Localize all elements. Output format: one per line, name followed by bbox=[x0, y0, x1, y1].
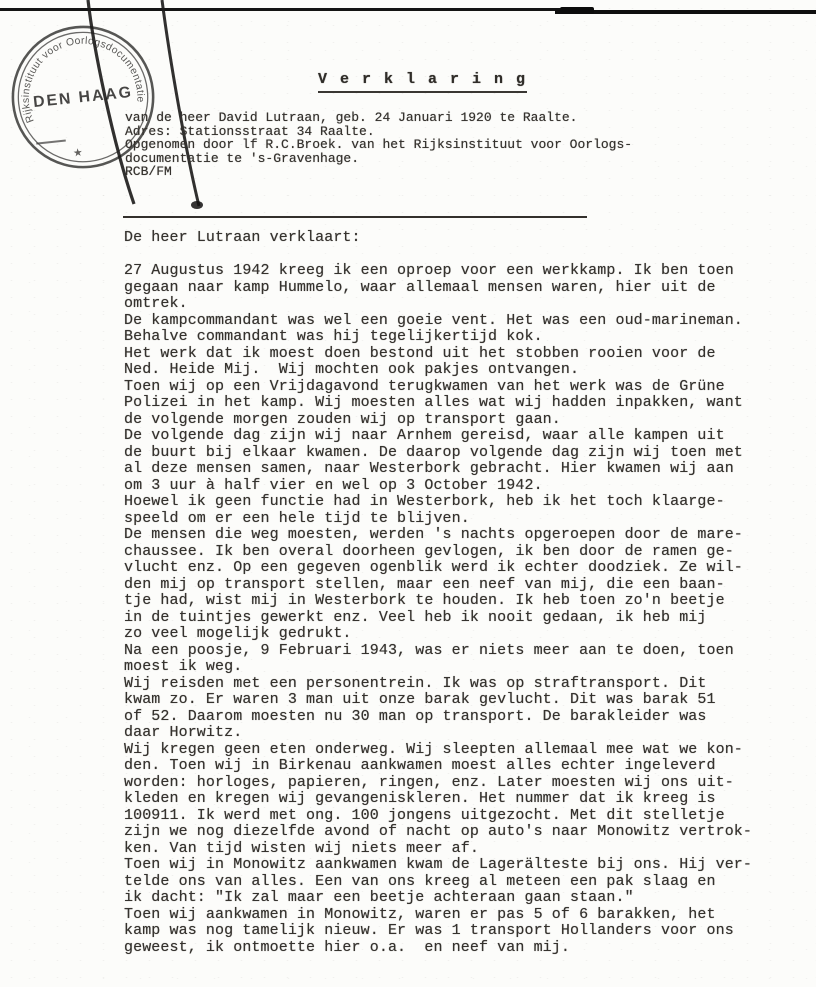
text-line: 100911. Ik werd met ong. 100 jongens uit… bbox=[124, 808, 752, 825]
text-line: telde ons van alles. Een van ons kreeg a… bbox=[124, 874, 752, 891]
text-line: Ned. Heide Mij. Wij mochten ook pakjes o… bbox=[124, 362, 752, 379]
text-line: om 3 uur à half vier en wel op 3 October… bbox=[124, 478, 752, 495]
text-line: kamp was nog tamelijk nieuw. Er was 1 tr… bbox=[124, 923, 752, 940]
text-line: De kampcommandant was wel een goeie vent… bbox=[124, 313, 752, 330]
text-line: Polizei in het kamp. Wij moesten alles w… bbox=[124, 395, 752, 412]
divider-line bbox=[123, 216, 587, 218]
text-line: tje had, wist mij in Westerbork te houde… bbox=[124, 593, 752, 610]
text-line: Na een poosje, 9 Februari 1943, was er n… bbox=[124, 643, 752, 660]
text-line: zijn we nog diezelfde avond of nacht op … bbox=[124, 824, 752, 841]
text-line: Toen wij in Monowitz aankwamen kwam de L… bbox=[124, 857, 752, 874]
text-line: De mensen die weg moesten, werden 's nac… bbox=[124, 527, 752, 544]
text-line: Wij kregen geen eten onderweg. Wij sleep… bbox=[124, 742, 752, 759]
statement-body: De heer Lutraan verklaart: 27 Augustus 1… bbox=[124, 230, 752, 956]
text-line: kwam zo. Er waren 3 man uit onze barak g… bbox=[124, 692, 752, 709]
text-line: geweest, ik ontmoette hier o.a. en neef … bbox=[124, 940, 752, 957]
text-line: Wij reisden met een personentrein. Ik wa… bbox=[124, 676, 752, 693]
header-line: documentatie te 's-Gravenhage. bbox=[125, 152, 632, 166]
header-line: van de heer David Lutraan, geb. 24 Janua… bbox=[125, 111, 632, 125]
text-line: vlucht enz. Op een gegeven ogenblik werd… bbox=[124, 560, 752, 577]
document-title: V e r k l a r i n g bbox=[318, 71, 527, 93]
text-line: chaussee. Ik ben overal doorheen gevloge… bbox=[124, 544, 752, 561]
text-line: Toen wij aankwamen in Monowitz, waren er… bbox=[124, 907, 752, 924]
text-line: in de tuintjes gewerkt enz. Veel heb ik … bbox=[124, 610, 752, 627]
text-line: Toen wij op een Vrijdagavond terugkwamen… bbox=[124, 379, 752, 396]
text-line: den. Toen wij in Birkenau aankwamen moes… bbox=[124, 758, 752, 775]
text-line: De volgende dag zijn wij naar Arnhem ger… bbox=[124, 428, 752, 445]
text-line: omtrek. bbox=[124, 296, 752, 313]
text-line: de buurt bij elkaar kwamen. De daarop vo… bbox=[124, 445, 752, 462]
scanned-document-page: Rijksinstituut voor Oorlogsdocumentatie … bbox=[0, 0, 816, 987]
text-line: of 52. Daarom moesten nu 30 man op trans… bbox=[124, 709, 752, 726]
scan-edge-line bbox=[560, 7, 594, 14]
text-line: gegaan naar kamp Hummelo, waar allemaal … bbox=[124, 280, 752, 297]
text-line: de volgende morgen zouden wij op transpo… bbox=[124, 412, 752, 429]
header-line: Opgenomen door lf R.C.Broek. van het Rij… bbox=[125, 138, 632, 152]
text-line: moest ik weg. bbox=[124, 659, 752, 676]
text-line: kleden en kregen wij gevangeniskleren. H… bbox=[124, 791, 752, 808]
text-line: zo veel mogelijk gedrukt. bbox=[124, 626, 752, 643]
header-line: Adres: Stationsstraat 34 Raalte. bbox=[125, 125, 632, 139]
text-line bbox=[124, 247, 752, 264]
header-line: RCB/FM bbox=[125, 165, 632, 179]
text-line: den mij op transport stellen, maar een n… bbox=[124, 577, 752, 594]
document-header: van de heer David Lutraan, geb. 24 Janua… bbox=[125, 111, 632, 179]
text-line: ik dacht: "Ik zal maar een beetje achter… bbox=[124, 890, 752, 907]
text-line: worden: horloges, papieren, ringen, enz.… bbox=[124, 775, 752, 792]
text-line: al deze mensen samen, naar Westerbork ge… bbox=[124, 461, 752, 478]
text-line: 27 Augustus 1942 kreeg ik een oproep voo… bbox=[124, 263, 752, 280]
text-line: De heer Lutraan verklaart: bbox=[124, 230, 752, 247]
text-line: Behalve commandant was hij tegelijkertij… bbox=[124, 329, 752, 346]
text-line: speeld om er een hele tijd te blijven. bbox=[124, 511, 752, 528]
scan-edge-line bbox=[555, 10, 816, 14]
text-line: Het werk dat ik moest doen bestond uit h… bbox=[124, 346, 752, 363]
text-line: ken. Van tijd wisten wij niets meer af. bbox=[124, 841, 752, 858]
text-line: Hoewel ik geen functie had in Westerbork… bbox=[124, 494, 752, 511]
text-line: daar Horwitz. bbox=[124, 725, 752, 742]
